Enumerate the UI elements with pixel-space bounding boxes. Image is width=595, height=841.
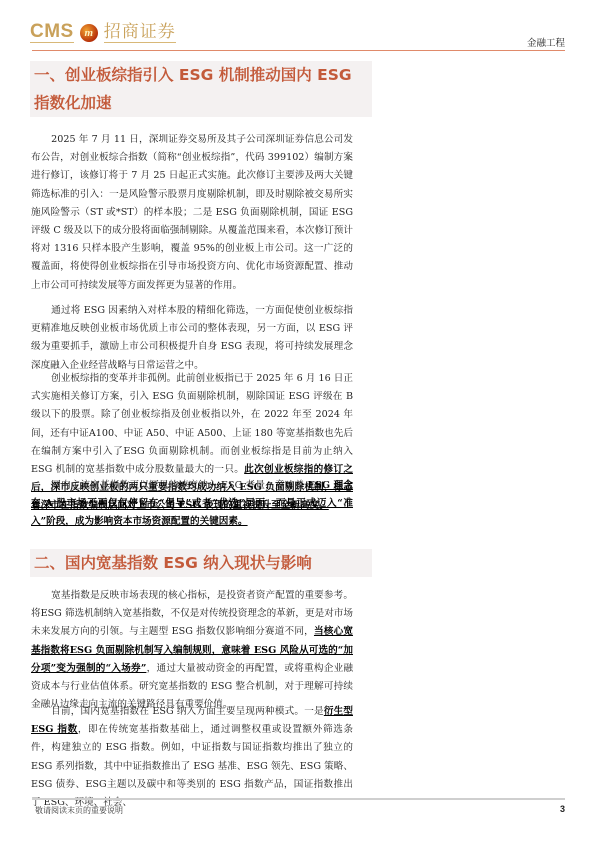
header-divider	[32, 50, 565, 51]
paragraph-text: 通过将 ESG 因素纳入对样本股的精细化筛选，一方面促使创业板综指更精准地反映创…	[31, 305, 353, 371]
paragraph-text: 国内主流宽基指数正以罕见的速度纳入 ESG 考量，意味着	[51, 480, 307, 491]
cms-logo: CMS m 招商证券	[30, 22, 176, 43]
paragraph-text: 宽基指数是反映市场表现的核心指标，是投资者资产配置的重要参考。将ESG 筛选机制…	[31, 590, 353, 637]
paragraph-text: 目前，国内宽基指数在 ESG 纳入方面主要呈现两种模式。一是	[51, 706, 324, 717]
page-header: CMS m 招商证券 金融工程	[0, 0, 595, 56]
logo-text: CMS	[30, 22, 74, 43]
disclaimer-note: 敬请阅读末页的重要说明	[35, 805, 123, 816]
page-number: 3	[560, 804, 565, 814]
paragraph-text: 创业板综指的变革并非孤例。此前创业板指已于 2025 年 6 月 16 日正式实…	[31, 373, 353, 475]
logo-badge-icon: m	[80, 24, 98, 42]
report-category: 金融工程	[527, 35, 565, 49]
paragraph: 国内主流宽基指数正以罕见的速度纳入 ESG 考量，意味着 ESG 理念在 A 股…	[31, 477, 353, 532]
section-heading-2: 二、国内宽基指数 ESG 纳入现状与影响	[30, 549, 372, 577]
footer-divider	[32, 798, 565, 800]
paragraph: 通过将 ESG 因素纳入对样本股的精细化筛选，一方面促使创业板综指更精准地反映创…	[31, 302, 353, 375]
paragraph-text: ，即在传统宽基指数基础上，通过调整权重或设置额外筛选条件，构建独立的 ESG 指…	[31, 724, 353, 808]
paragraph: 宽基指数是反映市场表现的核心指标，是投资者资产配置的重要参考。将ESG 筛选机制…	[31, 587, 353, 714]
paragraph: 2025 年 7 月 11 日，深圳证券交易所及其子公司深圳证券信息公司发布公告…	[31, 131, 353, 295]
section-heading-1: 一、创业板综指引入 ESG 机制推动国内 ESG 指数化加速	[30, 61, 372, 117]
logo-chinese-name: 招商证券	[104, 22, 176, 43]
paragraph-text: 2025 年 7 月 11 日，深圳证券交易所及其子公司深圳证券信息公司发布公告…	[31, 134, 353, 291]
paragraph: 目前，国内宽基指数在 ESG 纳入方面主要呈现两种模式。一是衍生型ESG 指数，…	[31, 703, 353, 812]
